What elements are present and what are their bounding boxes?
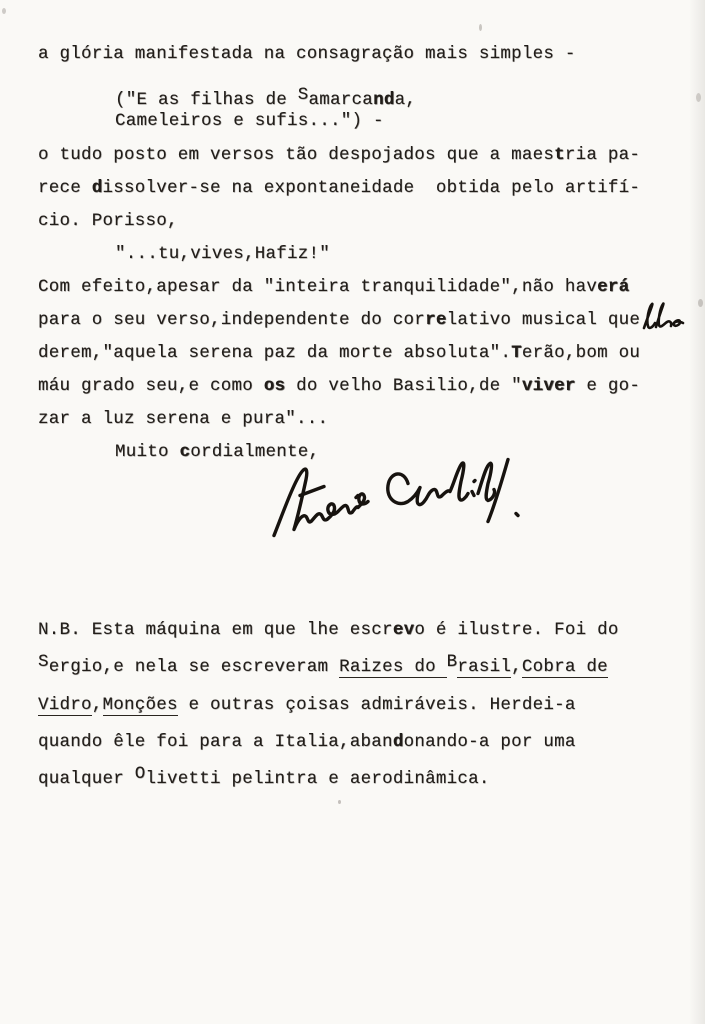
text-segment: qualquer [38, 769, 135, 789]
text-segment: e go- [576, 376, 641, 396]
signature-antonio-candido [270, 452, 522, 540]
text-segment: o tudo posto em versos tão despojados qu… [38, 145, 554, 165]
text-segment: ria pa- [565, 145, 640, 165]
signature-ink-icon [270, 452, 522, 540]
text-segment: , [511, 657, 522, 677]
text-segment: , [92, 695, 103, 715]
text-segment: do velho Basilio,de " [285, 376, 522, 396]
text-segment: quando êle foi para a Italia,aban [38, 732, 393, 752]
typed-line: para o seu verso,independente do correla… [38, 310, 695, 343]
underlined-title-text: Vidro [38, 695, 92, 716]
underlined-title-text: rasil [457, 657, 511, 678]
text-segment: erá [597, 277, 629, 297]
text-segment: cio. Porisso, [38, 211, 178, 231]
underlined-title-text: Raizes do [339, 657, 447, 678]
text-segment: nd [373, 90, 395, 110]
text-segment: a, [395, 90, 417, 110]
text-segment: erão,bom ou [522, 343, 640, 363]
text-segment: derem,"aquela serena paz da morte absolu… [38, 343, 511, 363]
text-segment: amarca [309, 90, 374, 110]
text-segment: o é ilustre. Foi do [414, 620, 618, 640]
text-segment: a glória manifestada na consagração mais… [38, 44, 576, 64]
scan-speck [696, 93, 701, 102]
text-segment: c [180, 442, 191, 462]
handwriting-lhe-icon [636, 296, 692, 336]
typed-line: qualquer Olivetti pelintra e aerodinâmic… [38, 769, 695, 806]
text-segment: S [298, 85, 309, 105]
typed-line: derem,"aquela serena paz da morte absolu… [38, 343, 695, 376]
text-segment: re [425, 310, 447, 330]
text-segment: S [38, 652, 49, 672]
typed-line: ("E as filhas de Samarcanda, [38, 90, 695, 111]
text-segment: onando-a por uma [404, 732, 576, 752]
text-segment: Cameleiros e sufis...") - [115, 111, 384, 131]
text-segment: livetti pelintra e aerodinâmica. [146, 769, 490, 789]
typed-line: Com efeito,apesar da "inteira tranquilid… [38, 277, 695, 310]
text-segment: zar a luz serena e pura"... [38, 409, 328, 429]
typed-line: Sergio,e nela se escreveram Raizes do Br… [38, 657, 695, 694]
margin-note-lhe [636, 296, 692, 336]
underlined-title-text: Cobra de [522, 657, 608, 678]
scan-speck [479, 24, 482, 31]
typed-line: a glória manifestada na consagração mais… [38, 44, 695, 77]
text-segment: ergio,e nela se escreveram [49, 657, 339, 677]
text-segment: O [135, 764, 146, 784]
typed-line: "...tu,vives,Hafiz!" [38, 244, 695, 277]
text-segment: "...tu,vives,Hafiz!" [115, 244, 330, 264]
typed-line: o tudo posto em versos tão despojados qu… [38, 145, 695, 178]
text-segment: issolver-se na expontaneidade obtida pel… [103, 178, 641, 198]
typed-line: máu grado seu,e como os do velho Basilio… [38, 376, 695, 409]
typed-line: Cameleiros e sufis...") - [38, 111, 695, 132]
postscript-block: N.B. Esta máquina em que lhe escrevo é i… [38, 620, 695, 806]
text-segment: e outras çoisas admiráveis. Herdei-a [178, 695, 576, 715]
text-segment: rece [38, 178, 92, 198]
text-segment: d [92, 178, 103, 198]
typed-line: rece dissolver-se na expontaneidade obti… [38, 178, 695, 211]
scan-speck [698, 299, 703, 307]
scan-speck [2, 8, 6, 14]
text-segment: ev [393, 620, 415, 640]
text-segment: T [511, 343, 522, 363]
text-segment: d [393, 732, 404, 752]
text-segment: máu grado seu,e como [38, 376, 264, 396]
typed-line: Vidro,Monções e outras çoisas admiráveis… [38, 695, 695, 732]
text-segment: Com efeito,apesar da "inteira tranquilid… [38, 277, 597, 297]
typed-line: N.B. Esta máquina em que lhe escrevo é i… [38, 620, 695, 657]
letter-page: a glória manifestada na consagração mais… [0, 0, 705, 1024]
text-segment: lativo musical que [447, 310, 641, 330]
typed-line: cio. Porisso, [38, 211, 695, 244]
letter-body: a glória manifestada na consagração mais… [38, 44, 695, 475]
text-segment: t [554, 145, 565, 165]
text-segment: viver [522, 376, 576, 396]
text-segment: ("E as filhas de [115, 90, 298, 110]
text-segment: os [264, 376, 286, 396]
text-segment: Muito [115, 442, 180, 462]
typed-line: zar a luz serena e pura"... [38, 409, 695, 442]
text-segment: B [447, 652, 458, 672]
text-segment: para o seu verso,independente do cor [38, 310, 425, 330]
underlined-title-text: Monções [103, 695, 178, 716]
text-segment: N.B. Esta máquina em que lhe escr [38, 620, 393, 640]
